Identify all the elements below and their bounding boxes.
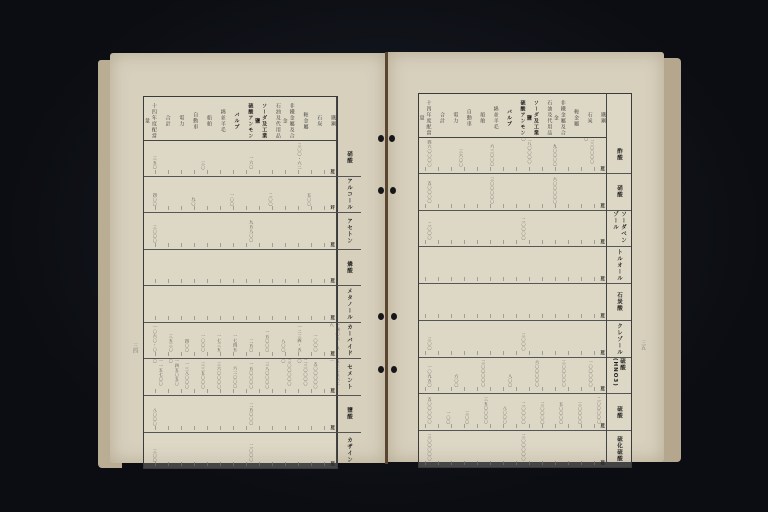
left-corner-header	[336, 97, 361, 140]
table-cell-value: 一三八〇〇〇	[184, 362, 190, 389]
unit-label: 瓩	[601, 350, 606, 356]
column-tick-marks	[419, 424, 607, 428]
column-header: 非鐵金屬及合金	[282, 97, 296, 140]
table-cell-value: 三八〇〇〇〇	[264, 362, 270, 389]
column-tick-marks	[419, 351, 607, 355]
table-cell-value: 九〇	[190, 197, 196, 206]
table-cell-value: 二〇〇〇	[427, 222, 433, 240]
unit-label: 瓩	[601, 386, 606, 392]
table-cell-value: 五〇〇〇〇〇	[427, 397, 433, 424]
table-cell-value: 三〇〇〇〇〇	[521, 434, 527, 461]
binding-hole	[378, 313, 384, 320]
column-header: 綿並羊毛	[213, 97, 227, 140]
column-tick-marks	[144, 426, 337, 430]
material-label: メタノール	[337, 286, 361, 323]
table-cell-value: 六三〇〇〇	[489, 144, 495, 167]
table-row: 瓩	[419, 284, 607, 321]
column-tick-marks	[144, 206, 337, 210]
table-cell-value: 九五八〇〇	[248, 220, 254, 243]
column-header: 十四年度配當量	[144, 97, 158, 140]
table-row: 瓩一〇九五〇六〇〇三〇〇〇〇〇八〇〇六〇〇〇〇〇三〇〇〇〇〇一〇〇〇〇〇	[419, 358, 607, 395]
column-header: 自動車	[185, 97, 199, 140]
material-label: 硫酸	[607, 394, 631, 431]
column-header: 非鐵金屬及合金	[553, 94, 566, 137]
table-cell-value: 五〇〇〇〇	[558, 402, 564, 425]
table-cell-value: 一〇〇〇〇〇	[588, 360, 594, 387]
table-cell-value: 一五〇〇〇〇	[248, 362, 254, 389]
table-cell-value: 六二〇〇〇	[232, 366, 238, 389]
table-cell-value: 三〇〇	[152, 449, 158, 463]
table-cell-value: 二五〇〇〇	[248, 403, 254, 426]
right-allocation-table: 鐵鋼石炭輕金屬非鐵金屬及合金石油及代用品ソーダ及工業鹽硫酸アンモンパルプ綿並羊毛…	[418, 93, 632, 468]
right-corner-header	[606, 94, 631, 137]
column-tick-marks	[144, 279, 337, 283]
table-cell-value: 五〇〇	[306, 193, 312, 207]
column-header: 合計	[433, 94, 446, 137]
column-tick-marks	[144, 389, 337, 393]
column-tick-marks	[419, 240, 607, 244]
binding-hole	[390, 187, 396, 194]
table-cell-value: 二八〇〇〇〇〇	[521, 137, 533, 167]
left-header-row: 鐵鋼石炭輕金屬非鐵金屬及合金石油及代用品ソーダ及工業鹽硫酸アンモンパルプ綿並羊毛…	[144, 97, 337, 141]
unit-label: 瓩	[601, 276, 606, 282]
table-cell-value: 三〇〇〇〇〇〇	[280, 359, 292, 389]
column-tick-marks	[144, 243, 337, 247]
table-cell-value: 一七四五	[232, 334, 238, 352]
column-header: 硫酸アンモン	[513, 94, 526, 137]
column-header: 石油及代用品	[268, 97, 282, 140]
right-page-number: 三五	[640, 340, 647, 350]
column-header: 綿並羊毛	[486, 94, 499, 137]
material-label: 硝酸	[607, 174, 631, 211]
column-header: パルプ	[500, 94, 513, 137]
table-cell-value: 一〇〇	[445, 411, 451, 425]
material-label: ソーダベンゾール	[607, 211, 631, 248]
table-cell-value: 二〇〇〇〇	[521, 402, 527, 425]
table-cell-value: 一〇〇〇	[200, 334, 206, 352]
table-cell-value: 三〇〇・六二	[296, 143, 302, 170]
material-label: クレゾール	[607, 321, 631, 358]
unit-label: 竏	[331, 205, 336, 211]
material-label: トルオール	[607, 247, 631, 284]
unit-label: 瓩	[601, 239, 606, 245]
right-page: 鐵鋼石炭輕金屬非鐵金屬及合金石油及代用品ソーダ及工業鹽硫酸アンモンパルプ綿並羊毛…	[388, 52, 664, 462]
left-allocation-table: 鐵鋼石炭輕金屬非鐵金屬及合金石油及代用品ソーダ及工業鹽硫酸アンモンパルプ綿並羊毛…	[143, 96, 338, 469]
table-row: 瓩一〇六〇・〇三五三〇四〇〇一〇〇〇一七三五一七四五二五〇一五〇〇〇八〇〇一二三…	[144, 323, 337, 360]
column-tick-marks	[419, 277, 607, 281]
column-header: 鐵鋼	[594, 94, 607, 137]
table-cell-value: 三〇〇〇〇〇	[427, 434, 433, 461]
unit-label: 瓩	[601, 203, 606, 209]
table-cell-value: 一五〇〇〇	[264, 330, 270, 353]
table-row: 竏四〇〇九〇一〇〇二〇〇五〇〇	[144, 177, 337, 214]
material-label: 鹽酸	[337, 396, 361, 433]
table-cell-value: 一〇六〇・〇	[152, 325, 158, 352]
table-cell-value: 三六〇〇	[458, 149, 464, 167]
column-tick-marks	[144, 316, 337, 320]
table-cell-value: 三五三〇	[168, 334, 174, 352]
table-cell-value: 八〇〇〇	[152, 408, 158, 426]
table-cell-value: 三〇〇	[464, 411, 470, 425]
table-row: 瓩二〇〇〇二〇〇〇〇	[419, 211, 607, 248]
unit-label: 瓩	[331, 242, 336, 248]
table-row: 瓩五〇〇〇〇〇一〇〇三〇〇三五〇〇〇〇八〇〇〇二〇〇〇〇三〇〇〇〇五〇〇〇〇三〇…	[419, 394, 607, 431]
table-cell-value: 四〇〇	[184, 339, 190, 353]
table-cell-value: 四六〇〇〇〇	[427, 140, 433, 167]
column-header: 船舶	[199, 97, 213, 140]
table-cell-value: 一〇九五〇	[427, 365, 433, 388]
table-cell-value: 二三〇〇〇〇〇	[583, 137, 595, 167]
binding-hole	[378, 135, 384, 142]
material-label: 硫酸(HNO3)	[607, 358, 631, 395]
column-header: 鐵鋼	[323, 97, 337, 140]
table-cell-value: 四〇〇	[152, 193, 158, 207]
column-tick-marks	[419, 461, 607, 465]
column-header: 電力	[446, 94, 459, 137]
table-cell-value: 二〇〇	[268, 193, 274, 207]
table-cell-value: 三〇〇〇	[521, 333, 527, 351]
column-tick-marks	[419, 167, 607, 171]
table-cell-value: 六〇〇〇〇〇	[534, 360, 540, 387]
table-cell-value: 八〇〇〇	[502, 406, 508, 424]
table-cell-value: 三六〇〇〇〇	[216, 362, 222, 389]
column-tick-marks	[419, 204, 607, 208]
table-cell-value: 三〇〇〇〇	[577, 402, 583, 425]
left-table-rows: 瓩三五〇三〇一六〇三〇〇・六二竏四〇〇九〇一〇〇二〇〇五〇〇瓩三〇〇〇九五八〇〇…	[144, 140, 337, 468]
table-cell-value: 一〇〇〇	[313, 334, 319, 352]
column-header: 十四年度配當量	[419, 94, 432, 137]
binding-hole	[391, 313, 397, 320]
material-label: アルコール	[337, 177, 361, 214]
table-cell-value: 二〇〇〇	[248, 444, 254, 462]
table-row: 瓩	[419, 247, 607, 284]
binding-hole	[378, 366, 384, 373]
table-cell-value: 二三〇〇〇〇〇	[296, 359, 308, 389]
table-row: 瓩一一五七〇〇〇一四五〇五〇〇一三八〇〇〇三三五〇〇〇三六〇〇〇〇六二〇〇〇一五…	[144, 359, 337, 396]
column-tick-marks	[144, 352, 337, 356]
unit-label: 瓩	[331, 169, 336, 175]
table-cell-value: 八〇〇	[280, 339, 286, 353]
right-header-row: 鐵鋼石炭輕金屬非鐵金屬及合金石油及代用品ソーダ及工業鹽硫酸アンモンパルプ綿並羊毛…	[419, 94, 607, 138]
right-table-rows: 瓩四六〇〇〇〇三六〇〇六三〇〇〇二八〇〇〇〇〇九〇〇〇〇二三〇〇〇〇〇瓩五〇〇〇…	[419, 137, 607, 467]
table-row: 瓩三〇〇〇九五八〇〇	[144, 213, 337, 250]
left-page-number: 三四	[132, 343, 139, 353]
material-label: カザイン	[337, 433, 361, 469]
material-label: 石炭酸	[607, 284, 631, 321]
material-label: 酢酸	[607, 137, 631, 174]
unit-label: 瓩	[331, 278, 336, 284]
table-cell-value: 八〇〇	[507, 374, 513, 388]
column-header: 石炭	[309, 97, 323, 140]
binding-hole	[378, 187, 384, 194]
table-cell-value: 二〇〇〇〇〇	[596, 397, 602, 424]
material-label: アセトン	[337, 213, 361, 250]
material-label: 硝酸	[337, 140, 361, 177]
table-row: 瓩三五〇三〇一六〇三〇〇・六二	[144, 140, 337, 177]
table-cell-value: 一二三四・五	[296, 325, 302, 352]
unit-label: 瓩	[331, 461, 336, 467]
table-row: 瓩	[144, 250, 337, 287]
column-tick-marks	[144, 462, 337, 466]
table-row: 瓩八〇〇〇二五〇〇〇	[144, 396, 337, 433]
table-cell-value: 五〇〇〇〇	[427, 181, 433, 204]
binding-hole	[391, 366, 397, 373]
table-cell-value: 三五〇	[152, 156, 158, 170]
table-cell-value: 三〇〇〇	[152, 225, 158, 243]
table-cell-value: 六〇〇	[453, 374, 459, 388]
table-cell-value: 一一五七〇〇〇	[152, 359, 164, 389]
unit-label: 瓩	[601, 313, 606, 319]
table-cell-value: 三〇	[200, 161, 206, 170]
table-cell-value: 五〇〇〇〇〇	[313, 362, 319, 389]
table-cell-value: 二〇〇〇〇	[521, 218, 527, 241]
left-page: 鐵鋼石炭輕金屬非鐵金屬及合金石油及代用品ソーダ及工業鹽硫酸アンモンパルプ綿並羊毛…	[110, 53, 386, 463]
table-cell-value: 三〇〇〇〇〇	[489, 177, 495, 204]
table-cell-value: 三〇〇	[427, 337, 433, 351]
table-cell-value: 三五〇〇〇〇	[483, 397, 489, 424]
column-header: 電力	[172, 97, 186, 140]
material-label: 硫化硫酸	[607, 431, 631, 467]
table-cell-value: 一七三五	[216, 334, 222, 352]
column-header: 石油及代用品	[540, 94, 553, 137]
material-label: カーバイド	[337, 323, 361, 360]
table-row: 瓩三〇〇三〇〇〇	[419, 321, 607, 358]
table-cell-value: 二五〇	[248, 339, 254, 353]
column-header: パルプ	[227, 97, 241, 140]
table-row: 瓩三〇〇〇〇〇三〇〇〇〇〇	[419, 431, 607, 467]
material-label: セメント	[337, 359, 361, 396]
column-tick-marks	[144, 170, 337, 174]
material-label: 燐酸	[337, 250, 361, 287]
table-cell-value: 九〇〇〇〇	[552, 144, 558, 167]
column-header: 合計	[158, 97, 172, 140]
column-header: 硫酸アンモン	[241, 97, 255, 140]
column-header: 輕金屬	[567, 94, 580, 137]
column-tick-marks	[419, 314, 607, 318]
binding-hole	[389, 135, 395, 142]
table-cell-value: 一六〇	[248, 156, 254, 170]
table-cell-value: 一〇〇	[229, 193, 235, 207]
unit-label: 瓩	[331, 425, 336, 431]
column-header: 船舶	[473, 94, 486, 137]
unit-label: 瓩	[601, 166, 606, 172]
table-row: 瓩三〇〇二〇〇〇	[144, 433, 337, 469]
unit-label: 瓩	[601, 460, 606, 466]
table-row: 瓩五〇〇〇〇三〇〇〇〇〇六〇〇〇〇〇	[419, 174, 607, 211]
column-tick-marks	[419, 387, 607, 391]
table-cell-value: 三〇〇〇〇〇	[561, 360, 567, 387]
unit-label: 瓩	[331, 315, 336, 321]
table-cell-value: 六〇〇〇〇〇	[552, 177, 558, 204]
column-header: 輕金屬	[296, 97, 310, 140]
table-cell-value: 三三五〇〇〇	[200, 362, 206, 389]
column-header: ソーダ及工業鹽	[526, 94, 539, 137]
table-row: 瓩	[144, 286, 337, 323]
table-cell-value: 三〇〇〇〇	[539, 402, 545, 425]
right-material-labels: 酢酸硝酸ソーダベンゾールトルオール石炭酸クレゾール硫酸(HNO3)硫酸硫化硫酸	[606, 137, 631, 467]
table-cell-value: 一四五〇五〇〇	[168, 359, 180, 389]
left-material-labels: 硝酸アルコールアセトン燐酸メタノールカーバイドセメント鹽酸カザイン	[336, 140, 361, 468]
column-header: 石炭	[580, 94, 593, 137]
table-cell-value: 三〇〇〇〇〇	[480, 360, 486, 387]
column-header: ソーダ及工業鹽	[254, 97, 268, 140]
column-header: 自動車	[459, 94, 472, 137]
table-row: 瓩四六〇〇〇〇三六〇〇六三〇〇〇二八〇〇〇〇〇九〇〇〇〇二三〇〇〇〇〇	[419, 137, 607, 174]
